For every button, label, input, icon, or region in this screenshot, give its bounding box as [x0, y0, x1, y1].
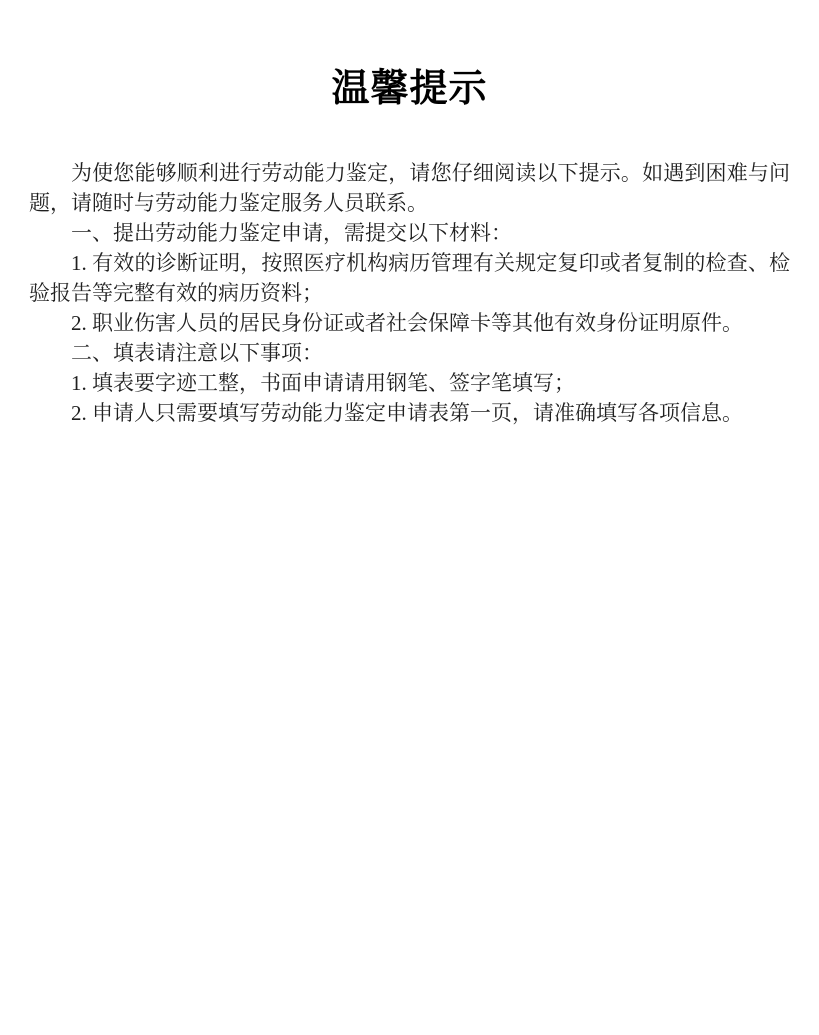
section-1-item-2: 2. 职业伤害人员的居民身份证或者社会保障卡等其他有效身份证明原件。	[29, 308, 790, 338]
section-2-heading: 二、填表请注意以下事项：	[29, 338, 790, 368]
paragraph-intro: 为使您能够顺利进行劳动能力鉴定，请您仔细阅读以下提示。如遇到困难与问题，请随时与…	[29, 158, 790, 218]
document-body: 为使您能够顺利进行劳动能力鉴定，请您仔细阅读以下提示。如遇到困难与问题，请随时与…	[0, 158, 819, 428]
page-title: 温馨提示	[0, 0, 819, 112]
section-2-item-1: 1. 填表要字迹工整，书面申请请用钢笔、签字笔填写；	[29, 368, 790, 398]
section-2-item-2: 2. 申请人只需要填写劳动能力鉴定申请表第一页，请准确填写各项信息。	[29, 398, 790, 428]
section-1-item-1: 1. 有效的诊断证明，按照医疗机构病历管理有关规定复印或者复制的检查、检验报告等…	[29, 248, 790, 308]
section-1-heading: 一、提出劳动能力鉴定申请，需提交以下材料：	[29, 218, 790, 248]
document-page: 温馨提示 为使您能够顺利进行劳动能力鉴定，请您仔细阅读以下提示。如遇到困难与问题…	[0, 0, 819, 1035]
